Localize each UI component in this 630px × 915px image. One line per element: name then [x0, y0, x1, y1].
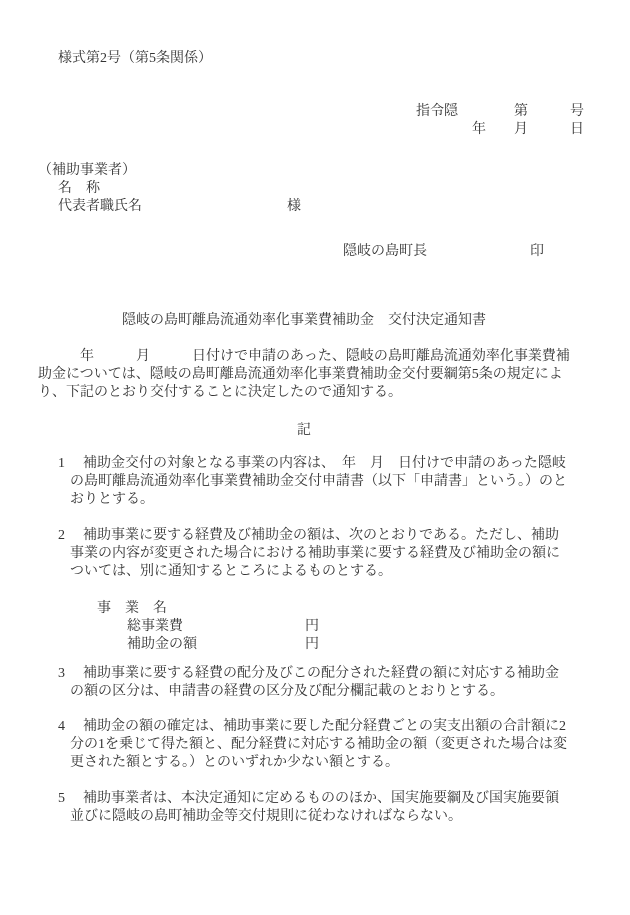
subsidy-amount-row: 補助金の額円 — [127, 636, 570, 654]
item-5-number: 5 — [58, 790, 83, 808]
item-5-text: 補助事業者は、本決定通知に定めるもののほか、国実施要綱及び国実施要領並びに隠岐の… — [70, 791, 559, 824]
directive-number-line: 指令隠 第 号 — [38, 103, 584, 121]
item-2-text: 補助事業に要する経費及び補助金の額は、次のとおりである。ただし、補助事業の内容が… — [70, 528, 560, 579]
issuer-line: 隠岐の島町長印 — [343, 243, 570, 261]
addressee-block: （補助事業者） 名 称 代表者職氏名様 — [38, 162, 570, 216]
total-cost-row: 総事業費円 — [127, 618, 570, 636]
item-1-text: 補助金交付の対象となる事業の内容は、 年 月 日付けで申請のあった隠岐の島町離島… — [70, 456, 567, 507]
item-2-number: 2 — [58, 527, 83, 545]
ki-heading: 記 — [38, 422, 570, 440]
addressee-label: （補助事業者） — [38, 162, 570, 180]
body-paragraph: 年 月 日付けで申請のあった、隠岐の島町離島流通効率化事業費補助金については、隠… — [38, 348, 570, 402]
item-4: 4補助金の額の確定は、補助事業に要した配分経費ごとの実支出額の合計額に2分の1を… — [38, 718, 570, 772]
item-2: 2補助事業に要する経費及び補助金の額は、次のとおりである。ただし、補助事業の内容… — [38, 527, 570, 581]
project-name-label: 事 業 名 — [97, 600, 570, 618]
item-1-number: 1 — [58, 455, 83, 473]
document-page: 様式第2号（第5条関係） 指令隠 第 号 年 月 日 （補助事業者） 名 称 代… — [0, 0, 630, 915]
item-3-text: 補助事業に要する経費の配分及びこの配分された経費の額に対応する補助金の額の区分は… — [70, 666, 559, 699]
total-cost-unit: 円 — [305, 619, 319, 634]
seal-mark: 印 — [530, 244, 544, 259]
directive-block: 指令隠 第 号 年 月 日 — [38, 103, 584, 139]
representative-label: 代表者職氏名 — [58, 198, 287, 216]
representative-line: 代表者職氏名様 — [58, 198, 570, 216]
item-3: 3補助事業に要する経費の配分及びこの配分された経費の額に対応する補助金の額の区分… — [38, 665, 570, 701]
item-3-number: 3 — [58, 665, 83, 683]
item-4-text: 補助金の額の確定は、補助事業に要した配分経費ごとの実支出額の合計額に2分の1を乗… — [70, 719, 567, 770]
issuer-title: 隠岐の島町長 — [343, 243, 530, 261]
document-title: 隠岐の島町離島流通効率化事業費補助金 交付決定通知書 — [38, 312, 570, 330]
subsidy-amount-unit: 円 — [305, 637, 319, 652]
name-label: 名 称 — [58, 180, 570, 198]
form-number: 様式第2号（第5条関係） — [58, 50, 570, 68]
total-cost-label: 総事業費 — [127, 618, 305, 636]
item-4-number: 4 — [58, 718, 83, 736]
honorific: 様 — [287, 199, 301, 214]
subsidy-amount-label: 補助金の額 — [127, 636, 305, 654]
item-1: 1補助金交付の対象となる事業の内容は、 年 月 日付けで申請のあった隠岐の島町離… — [38, 455, 570, 509]
project-block: 事 業 名 総事業費円 補助金の額円 — [38, 600, 570, 654]
directive-date-line: 年 月 日 — [38, 121, 584, 139]
item-5: 5補助事業者は、本決定通知に定めるもののほか、国実施要綱及び国実施要領並びに隠岐… — [38, 790, 570, 826]
